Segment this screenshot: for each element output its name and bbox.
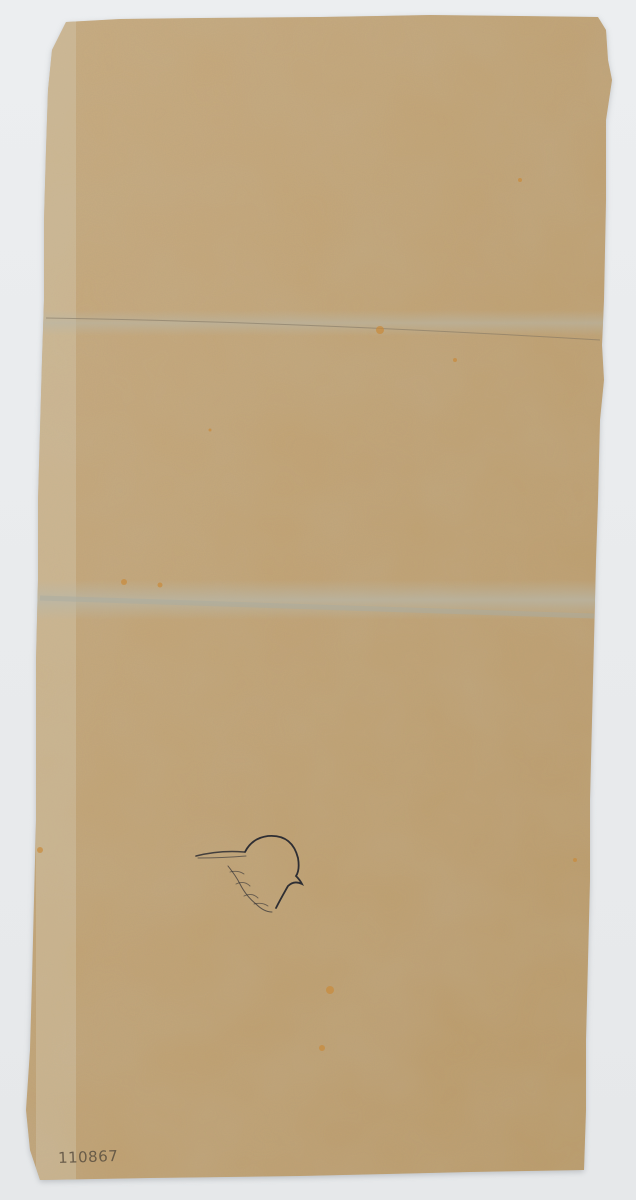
paper-artwork <box>0 0 636 1200</box>
inventory-number: 110867 <box>58 1147 119 1167</box>
paper-sheet: 110867 <box>0 0 636 1200</box>
fold-line-upper <box>40 310 610 336</box>
